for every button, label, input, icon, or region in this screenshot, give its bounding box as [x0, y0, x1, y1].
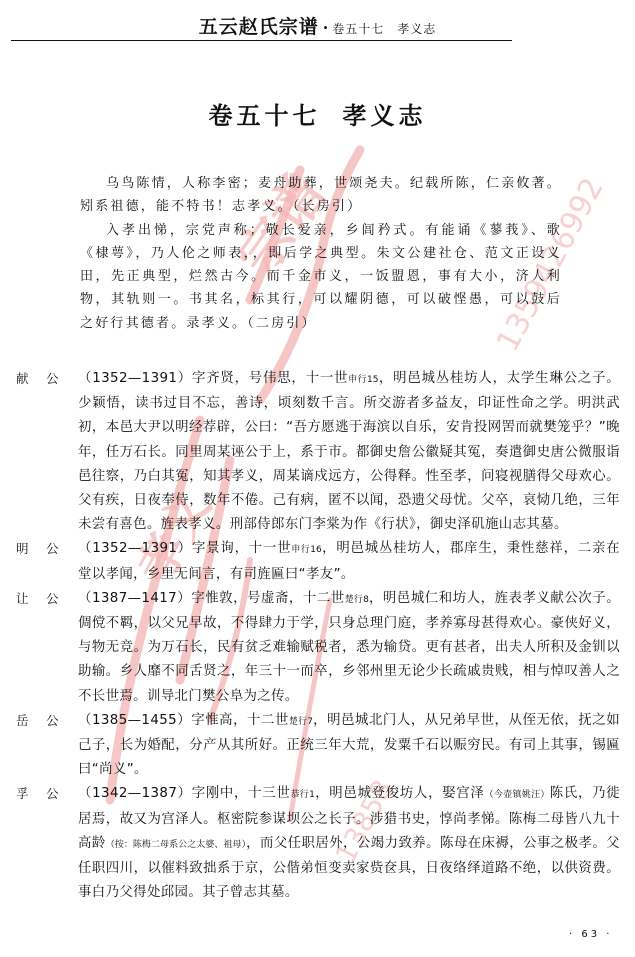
- header-chapter: 卷五十七 孝义志: [332, 22, 436, 36]
- chapter-volume: 卷五十七: [209, 101, 321, 130]
- chapter-title: 卷五十七孝义志: [0, 96, 635, 131]
- entry-name: 献公: [16, 367, 78, 537]
- book-title: 五云赵氏宗谱: [199, 16, 319, 38]
- generation-note: 楚行8: [345, 595, 369, 605]
- entry-name: 孚公: [16, 782, 78, 905]
- inline-note: （今壶镇姚汪）: [485, 790, 550, 800]
- header-rule: [11, 40, 512, 41]
- entry-name: 明公: [16, 537, 78, 586]
- entry-name: 让公: [16, 587, 78, 709]
- header-separator: ·: [323, 18, 329, 37]
- biography-entry: 岳公 （1385—1455）字惟高，十二世楚行7，明邑城北门人，从兄弟早世，从侄…: [16, 709, 620, 783]
- entry-text: （1352—1391）字齐贤，号伟思，十一世申行15，明邑城丛桂坊人，太学生琳公…: [78, 367, 620, 537]
- generation-note: 楚行7: [289, 717, 313, 727]
- preface: 乌鸟陈情，人称李密；麦舟助葬，世颂尧夫。纪载所陈，仁亲攸著。矧系祖德，能不特书！…: [80, 172, 562, 335]
- chapter-section: 孝义志: [343, 101, 427, 130]
- generation-note: 申行15: [348, 375, 378, 385]
- biography-list: 献公 （1352—1391）字齐贤，号伟思，十一世申行15，明邑城丛桂坊人，太学…: [16, 367, 620, 905]
- generation-note: 申行16: [291, 545, 321, 555]
- biography-entry: 让公 （1387—1417）字惟敦，号虚斋，十二世楚行8，明邑城仁和坊人，旌表孝…: [16, 587, 620, 709]
- entry-text: （1342—1387）字刚中，十三世恭行1，明邑城登俊坊人，娶宫泽（今壶镇姚汪）…: [78, 782, 620, 905]
- page-number: · 63 ·: [569, 929, 612, 940]
- inline-note: （按：陈梅二母系公之太婆、祖母）: [106, 840, 246, 850]
- entry-text: （1387—1417）字惟敦，号虚斋，十二世楚行8，明邑城仁和坊人，旌表孝义献公…: [78, 587, 620, 709]
- generation-note: 恭行1: [290, 790, 314, 800]
- entry-text: （1352—1391）字景询，十一世申行16，明邑城丛桂坊人，郡庠生，秉性慈祥，…: [78, 537, 620, 586]
- preface-paragraph-1: 乌鸟陈情，人称李密；麦舟助葬，世颂尧夫。纪载所陈，仁亲攸著。矧系祖德，能不特书！…: [80, 172, 562, 219]
- preface-paragraph-2: 入孝出悌，宗党声称；敬长爱亲，乡闾矜式。有能诵《蓼莪》、歌《棣萼》，乃人伦之师表…: [80, 219, 562, 335]
- entry-text: （1385—1455）字惟高，十二世楚行7，明邑城北门人，从兄弟早世，从侄无依，…: [78, 709, 620, 783]
- biography-entry: 孚公 （1342—1387）字刚中，十三世恭行1，明邑城登俊坊人，娶宫泽（今壶镇…: [16, 782, 620, 905]
- running-header: 五云赵氏宗谱·卷五十七 孝义志: [0, 12, 635, 39]
- biography-entry: 明公 （1352—1391）字景询，十一世申行16，明邑城丛桂坊人，郡庠生，秉性…: [16, 537, 620, 586]
- biography-entry: 献公 （1352—1391）字齐贤，号伟思，十一世申行15，明邑城丛桂坊人，太学…: [16, 367, 620, 537]
- entry-name: 岳公: [16, 709, 78, 783]
